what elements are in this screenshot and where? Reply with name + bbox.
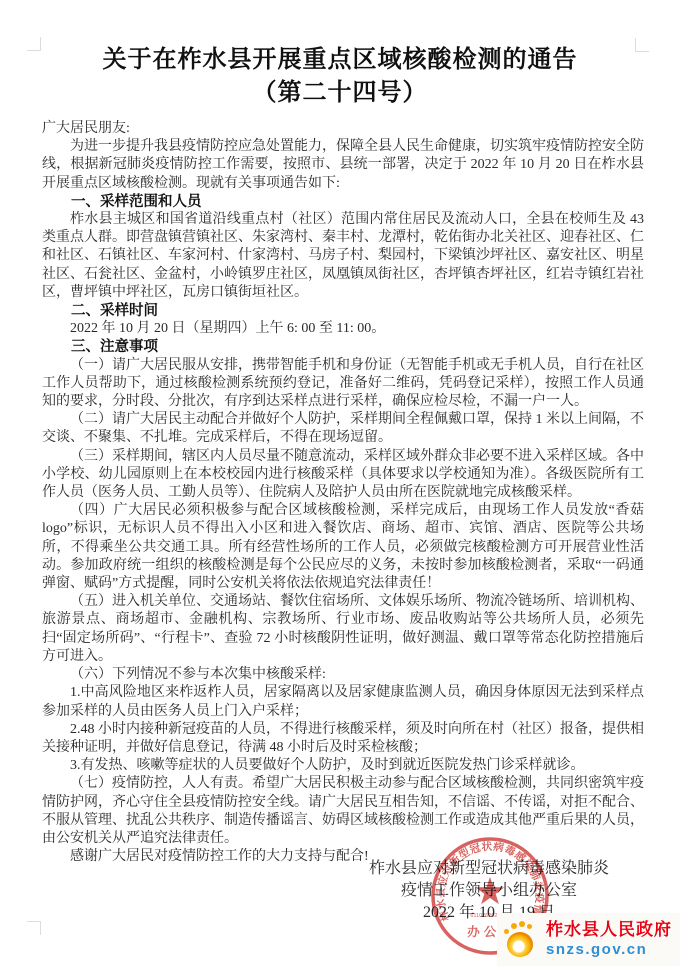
notice-item-3: （三）采样期间，辖区内人员尽量不随意流动，采样区域外群众非必要不进入采样区域。各… [42, 448, 644, 503]
paw-toe-dot [527, 924, 532, 929]
notice-item-6-sub-1: 1.中高风险地区来柞返柞人员，居家隔离以及居家健康监测人员，确因身体原因无法到采… [42, 684, 644, 720]
section-1-paragraph: 柞水县主城区和国省道沿线重点村（社区）范围内常住居民及流动人口，全县在校师生及 … [42, 211, 644, 302]
intro-paragraph: 为进一步提升我县疫情防控应急处置能力，保障全县人民生命健康，切实筑牢疫情防控安全… [42, 138, 644, 193]
notice-title-line2: （第二十四号） [253, 80, 428, 106]
notice-document-page: 关于在柞水县开展重点区域核酸检测的通告（第二十四号） 广大居民朋友: 为进一步提… [0, 0, 680, 966]
section-2-heading: 二、采样时间 [42, 302, 644, 320]
notice-item-7: （七）疫情防控，人人有责。希望广大居民积极主动参与配合区域核酸检测，共同织密筑牢… [42, 775, 644, 848]
notice-body: 广大居民朋友: 为进一步提升我县疫情防控应急处置能力，保障全县人民生命健康，切实… [42, 120, 644, 866]
section-1-heading: 一、采样范围和人员 [42, 193, 644, 211]
signature-org-line2: 疫情工作领导小组办公室 [344, 880, 634, 902]
paw-toe-dot [519, 921, 525, 927]
notice-item-6: （六）下列情况不参与本次集中核酸采样: [42, 666, 644, 684]
paw-pad [507, 932, 533, 957]
notice-item-6-sub-3: 3.有发热、咳嗽等症状的人员要做好个人防护，及时到就近医院发热门诊采样就诊。 [42, 757, 644, 775]
gov-site-paw-icon [504, 921, 538, 959]
signature-org-line1: 柞水县应对新型冠状病毒感染肺炎 [344, 858, 634, 880]
section-3-heading: 三、注意事项 [42, 338, 644, 356]
section-2-paragraph: 2022 年 10 月 20 日（星期四）上午 6: 00 至 11: 00。 [42, 320, 644, 338]
notice-title-line1: 关于在柞水县开展重点区域核酸检测的通告 [103, 47, 578, 73]
notice-item-1: （一）请广大居民服从安排，携带智能手机和身份证（无智能手机或无手机人员，自行在社… [42, 357, 644, 412]
notice-item-2: （二）请广大居民主动配合并做好个人防护，采样期间全程佩戴口罩，保持 1 米以上间… [42, 411, 644, 447]
gov-site-watermark: 柞水县人民政府 snzs.gov.cn [497, 913, 680, 966]
gov-site-domain: snzs.gov.cn [546, 942, 672, 959]
notice-item-4: （四）广大居民必须积极参与配合区域核酸检测，采样完成后，由现场工作人员发放“香菇… [42, 502, 644, 593]
notice-title: 关于在柞水县开展重点区域核酸检测的通告（第二十四号） [0, 44, 680, 110]
gov-site-name: 柞水县人民政府 [546, 921, 672, 940]
gov-site-text: 柞水县人民政府 snzs.gov.cn [546, 921, 672, 958]
notice-item-6-sub-2: 2.48 小时内接种新冠疫苗的人员，不得进行核酸采样，须及时向所在村（社区）报备… [42, 721, 644, 757]
paw-toe-dot [504, 929, 509, 934]
notice-item-5: （五）进入机关单位、交通场站、餐饮住宿场所、文体娱乐场所、物流冷链场所、培训机构… [42, 593, 644, 666]
paw-toe-dot [511, 923, 517, 929]
page-margin-mark-bottom-left [27, 921, 41, 935]
salutation: 广大居民朋友: [42, 120, 644, 138]
